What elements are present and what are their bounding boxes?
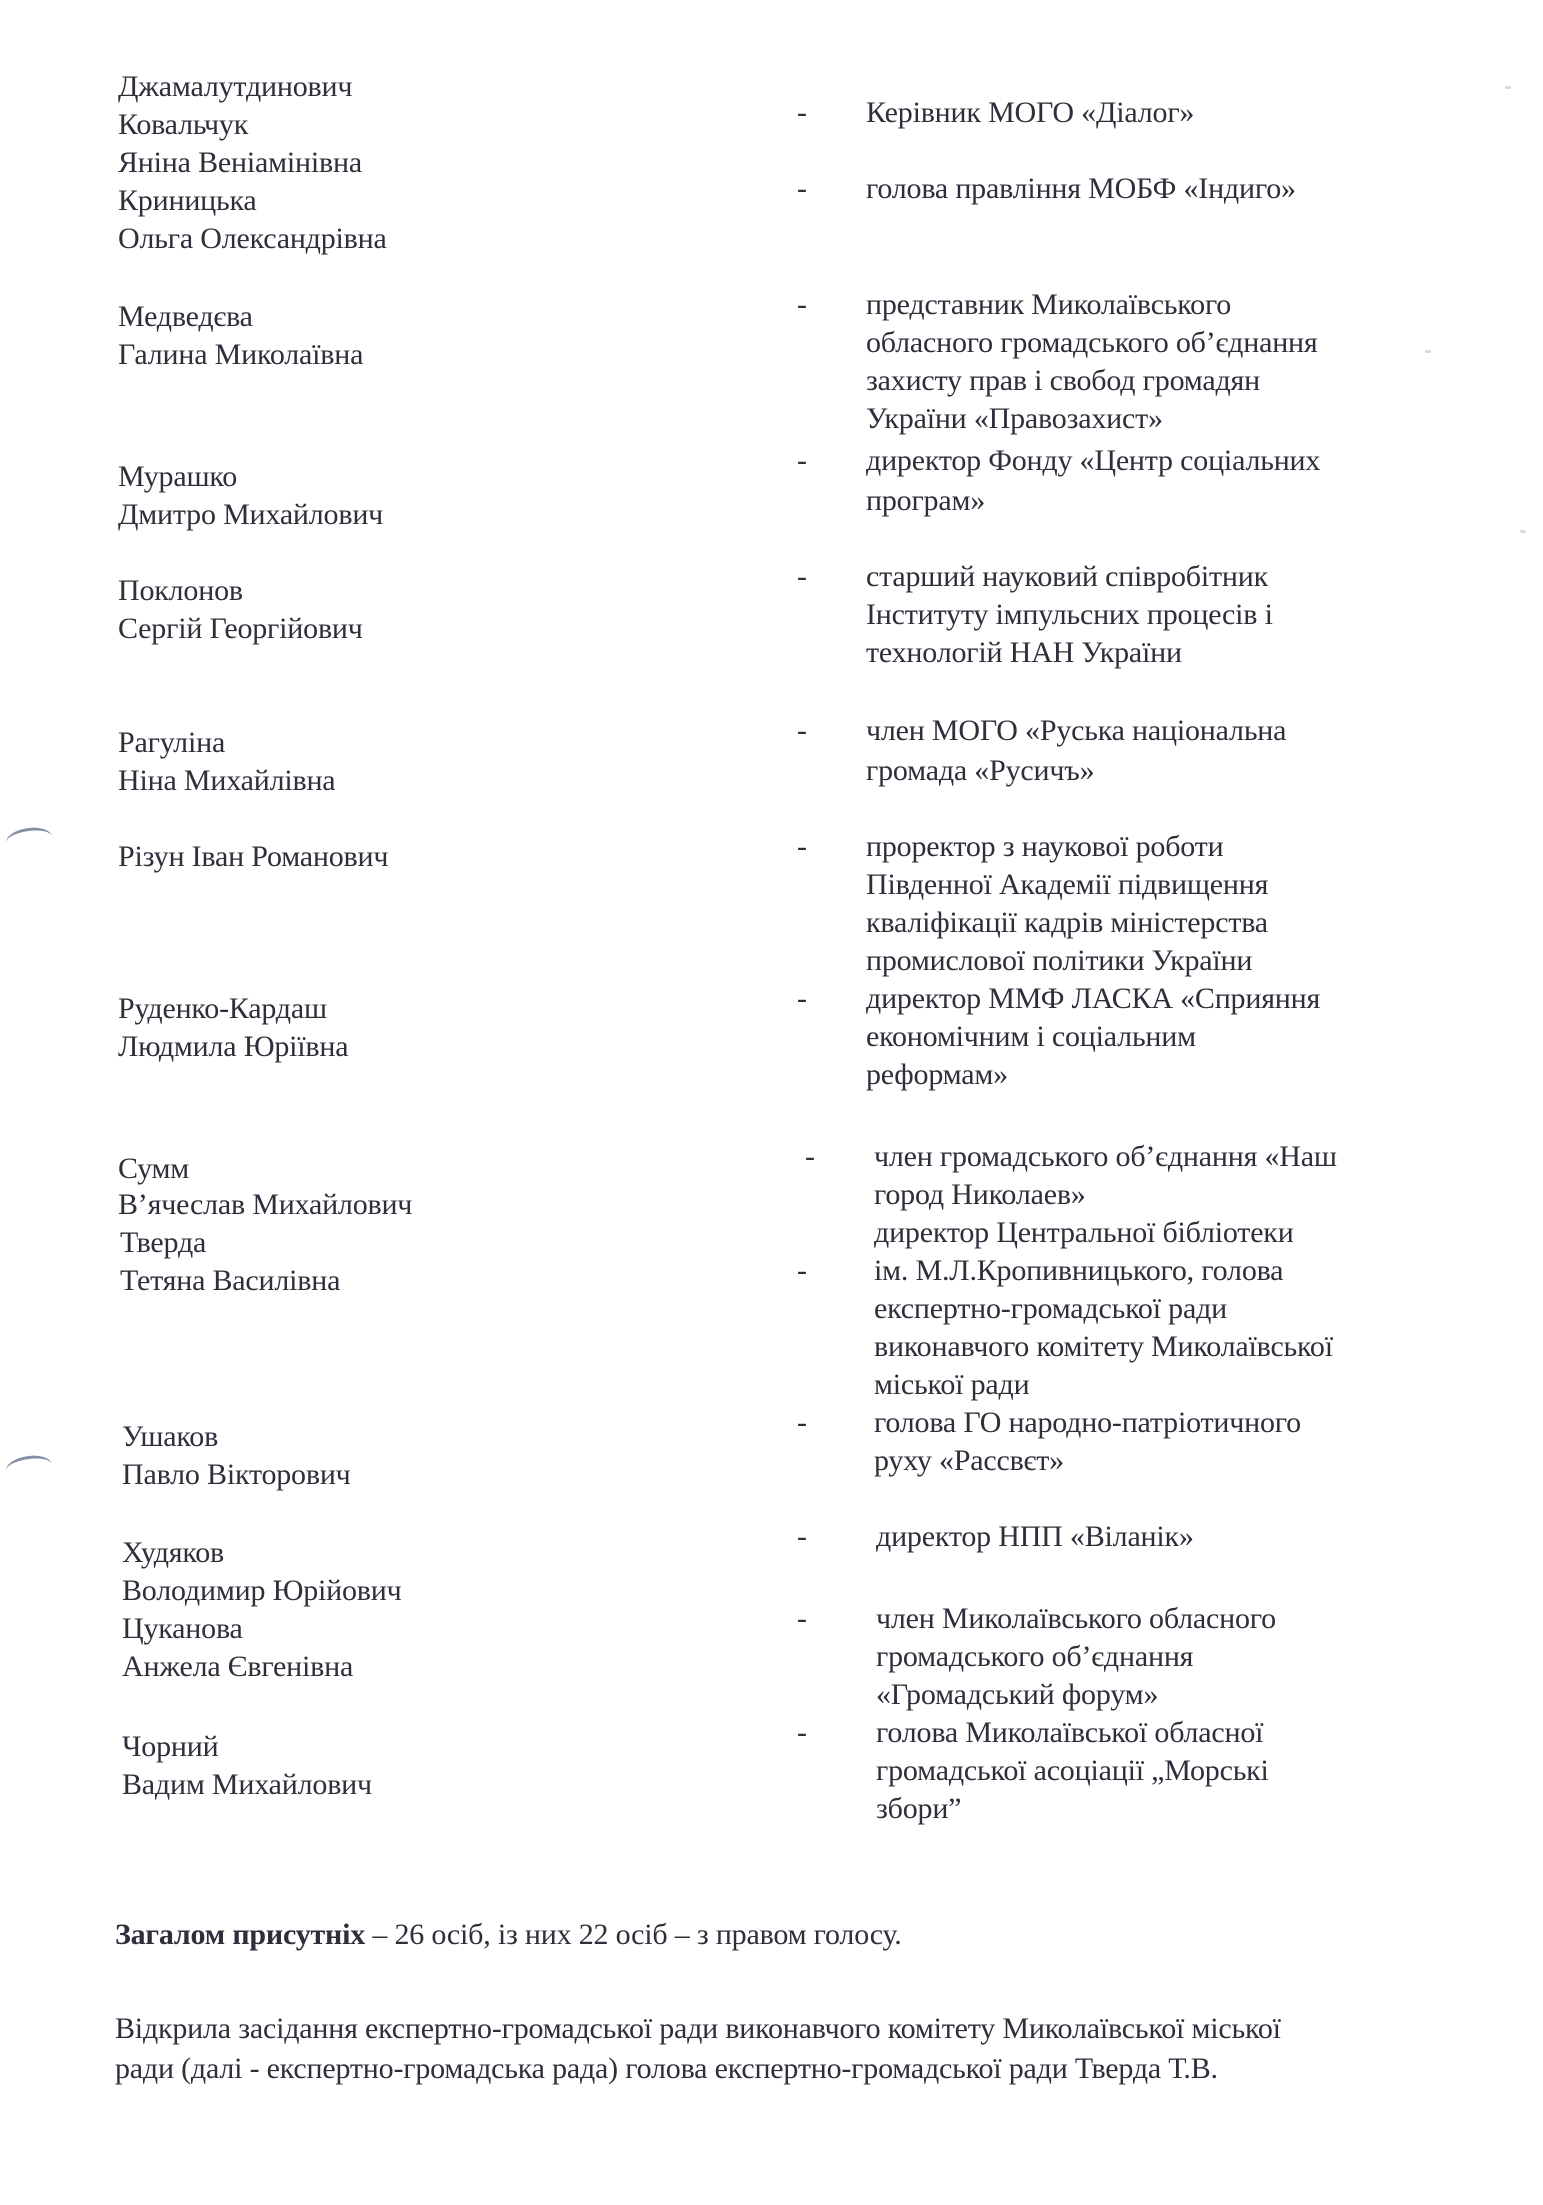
member-name: Яніна Веніамінівна: [118, 144, 362, 182]
member-role: Південної Академії підвищення: [866, 866, 1268, 904]
member-role: директор НПП «Віланік»: [876, 1518, 1194, 1556]
member-role: експертно-громадської ради: [874, 1290, 1227, 1328]
member-name: Галина Миколаївна: [118, 336, 363, 374]
member-role: виконавчого комітету Миколаївської: [874, 1328, 1333, 1366]
member-role: програм»: [866, 482, 985, 520]
dash: -: [797, 828, 807, 866]
member-role: директор Фонду «Центр соціальних: [866, 442, 1320, 480]
member-role: «Громадський форум»: [876, 1676, 1158, 1714]
member-role: директор Центральної бібліотеки: [874, 1214, 1294, 1252]
opening-paragraph-line: ради (далі - експертно-громадська рада) …: [115, 2050, 1218, 2088]
member-role: представник Миколаївського: [866, 286, 1231, 324]
member-name: Сергій Георгійович: [118, 610, 363, 648]
member-name: В’ячеслав Михайлович: [118, 1186, 412, 1224]
member-role: проректор з наукової роботи: [866, 828, 1223, 866]
member-name: Сумм: [118, 1150, 189, 1188]
member-name: Анжела Євгенівна: [122, 1648, 353, 1686]
member-name: Тетяна Василівна: [120, 1262, 340, 1300]
member-role: збори”: [876, 1790, 961, 1828]
dash: -: [797, 442, 807, 480]
member-role: захисту прав і свобод громадян: [866, 362, 1260, 400]
member-role: директор ММФ ЛАСКА «Сприяння: [866, 980, 1320, 1018]
member-name: Дмитро Михайлович: [118, 496, 383, 534]
member-name: Ковальчук: [118, 106, 248, 144]
member-name: Цуканова: [122, 1610, 243, 1648]
member-name: Медведєва: [118, 298, 253, 336]
dash: -: [797, 94, 807, 132]
member-name: Ніна Михайлівна: [118, 762, 335, 800]
member-role: обласного громадського об’єднання: [866, 324, 1318, 362]
member-name: Володимир Юрійович: [122, 1572, 402, 1610]
scan-speck: [1425, 350, 1431, 353]
member-role: реформам»: [866, 1056, 1008, 1094]
scan-speck: [1505, 86, 1511, 89]
member-role: громадської асоціації „Морські: [876, 1752, 1269, 1790]
member-role: голова правління МОБФ «Індиго»: [866, 170, 1296, 208]
member-role: міської ради: [874, 1366, 1029, 1404]
member-name: Вадим Михайлович: [122, 1766, 372, 1804]
member-name: Ушаков: [122, 1418, 218, 1456]
dash: -: [797, 980, 807, 1018]
member-name: Чорний: [122, 1728, 218, 1766]
member-name: Руденко-Кардаш: [118, 990, 327, 1028]
member-role: член громадського об’єднання «Наш: [874, 1138, 1337, 1176]
member-name: Людмила Юріївна: [118, 1028, 348, 1066]
attendance-label: Загалом присутніх: [115, 1918, 365, 1951]
member-name: Криницька: [118, 182, 257, 220]
member-role: громада «Русичъ»: [866, 752, 1094, 790]
member-role: голова ГО народно-патріотичного: [874, 1404, 1301, 1442]
member-role: технологій НАН України: [866, 634, 1182, 672]
member-role: руху «Рассвєт»: [874, 1442, 1064, 1480]
member-role: город Николаев»: [874, 1176, 1086, 1214]
member-role: Керівник МОГО «Діалог»: [866, 94, 1194, 132]
dash: -: [797, 1252, 807, 1290]
dash: -: [797, 1600, 807, 1638]
member-name: Павло Вікторович: [122, 1456, 351, 1494]
member-name: Мурашко: [118, 458, 237, 496]
member-name: Різун Іван Романович: [118, 838, 388, 876]
scan-artifact: [5, 1453, 54, 1482]
member-role: кваліфікації кадрів міністерства: [866, 904, 1268, 942]
dash: -: [797, 1518, 807, 1556]
attendance-summary: Загалом присутніх – 26 осіб, із них 22 о…: [115, 1916, 902, 1954]
dash: -: [797, 1404, 807, 1442]
member-role: член Миколаївського обласного: [876, 1600, 1276, 1638]
dash: -: [805, 1138, 815, 1176]
member-role: старший науковий співробітник: [866, 558, 1268, 596]
member-name: Худяков: [122, 1534, 224, 1572]
scan-speck: [1520, 530, 1526, 533]
member-name: Тверда: [120, 1224, 206, 1262]
dash: -: [797, 170, 807, 208]
dash: -: [797, 712, 807, 750]
member-name: Ольга Олександрівна: [118, 220, 387, 258]
dash: -: [797, 1714, 807, 1752]
member-role: економічним і соціальним: [866, 1018, 1196, 1056]
scan-artifact: [5, 825, 54, 854]
member-name: Поклонов: [118, 572, 243, 610]
member-name: Рагуліна: [118, 724, 225, 762]
member-role: громадського об’єднання: [876, 1638, 1193, 1676]
member-name: Джамалутдинович: [118, 68, 352, 106]
member-role: голова Миколаївської обласної: [876, 1714, 1263, 1752]
member-role: член МОГО «Руська національна: [866, 712, 1286, 750]
member-role: України «Правозахист»: [866, 400, 1163, 438]
member-role: промислової політики України: [866, 942, 1252, 980]
dash: -: [797, 286, 807, 324]
member-role: Інституту імпульсних процесів і: [866, 596, 1273, 634]
member-role: ім. М.Л.Кропивницького, голова: [874, 1252, 1283, 1290]
dash: -: [797, 558, 807, 596]
document-page: Джамалутдинович Ковальчук Яніна Веніамін…: [0, 0, 1543, 2205]
attendance-text: – 26 осіб, із них 22 осіб – з правом гол…: [365, 1918, 902, 1951]
opening-paragraph-line: Відкрила засідання експертно-громадської…: [115, 2010, 1281, 2048]
